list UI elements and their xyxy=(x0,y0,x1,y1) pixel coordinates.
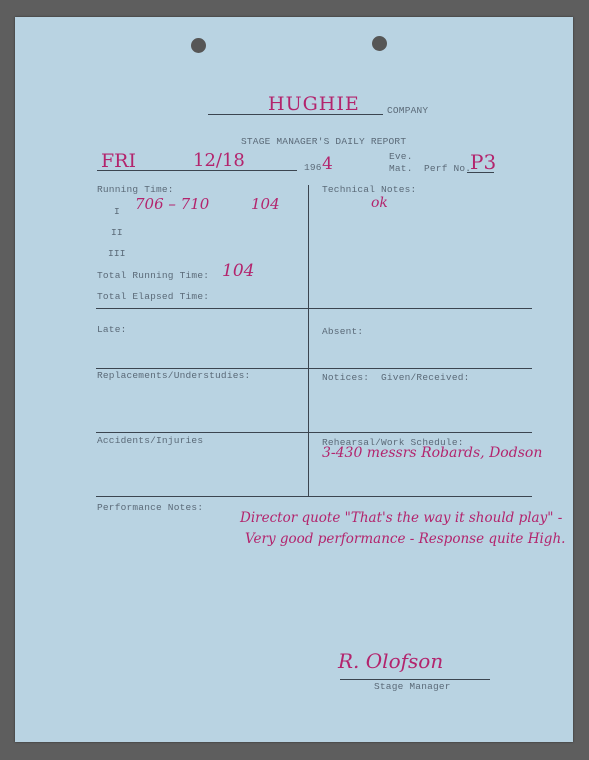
punch-hole-left xyxy=(191,38,206,53)
perf-no-label: Perf No. xyxy=(424,163,471,174)
center-divider xyxy=(308,185,309,497)
perf-no-value: P3 xyxy=(470,150,496,174)
row-divider-1 xyxy=(96,308,532,309)
performance-notes-line-1: Director quote "That's the way it should… xyxy=(240,510,562,526)
notices-label: Notices: Given/Received: xyxy=(322,372,470,383)
signature-label: Stage Manager xyxy=(374,681,451,692)
date-value: 12/18 xyxy=(193,150,245,171)
row-divider-3 xyxy=(96,432,532,433)
year-prefix: 196 xyxy=(304,162,322,173)
company-label: COMPANY xyxy=(387,105,428,116)
eve-label: Eve. xyxy=(389,151,413,162)
total-elapsed-label: Total Elapsed Time: xyxy=(97,291,209,302)
report-title: STAGE MANAGER'S DAILY REPORT xyxy=(241,136,406,147)
signature: R. Olofson xyxy=(338,649,443,673)
act-i-times: 706 – 710 xyxy=(135,195,209,213)
act-i-label: I xyxy=(114,206,120,217)
performance-notes-line-2: Very good performance - Response quite H… xyxy=(245,531,565,547)
act-i-duration: 104 xyxy=(251,195,280,213)
total-running-value: 104 xyxy=(222,261,254,281)
accidents-label: Accidents/Injuries xyxy=(97,435,203,446)
rehearsal-value: 3-430 messrs Robards, Dodson xyxy=(322,445,542,461)
company-underline xyxy=(208,114,383,115)
year-digit: 4 xyxy=(322,154,333,174)
total-running-label: Total Running Time: xyxy=(97,270,209,281)
punch-hole-right xyxy=(372,36,387,51)
row-divider-4 xyxy=(96,496,532,497)
report-form: HUGHIE COMPANY STAGE MANAGER'S DAILY REP… xyxy=(15,17,573,742)
technical-notes-value: ok xyxy=(371,195,388,211)
late-label: Late: xyxy=(97,324,127,335)
act-iii-label: III xyxy=(108,248,126,259)
company-name: HUGHIE xyxy=(268,93,360,115)
running-time-label: Running Time: xyxy=(97,184,174,195)
mat-label: Mat. xyxy=(389,163,413,174)
act-ii-label: II xyxy=(111,227,123,238)
row-divider-2 xyxy=(96,368,532,369)
perf-no-underline xyxy=(467,172,494,173)
performance-notes-label: Performance Notes: xyxy=(97,502,203,513)
day-value: FRI xyxy=(101,150,136,172)
technical-notes-label: Technical Notes: xyxy=(322,184,416,195)
signature-line xyxy=(340,679,490,680)
absent-label: Absent: xyxy=(322,326,363,337)
date-underline xyxy=(97,170,297,171)
replacements-label: Replacements/Understudies: xyxy=(97,370,250,381)
